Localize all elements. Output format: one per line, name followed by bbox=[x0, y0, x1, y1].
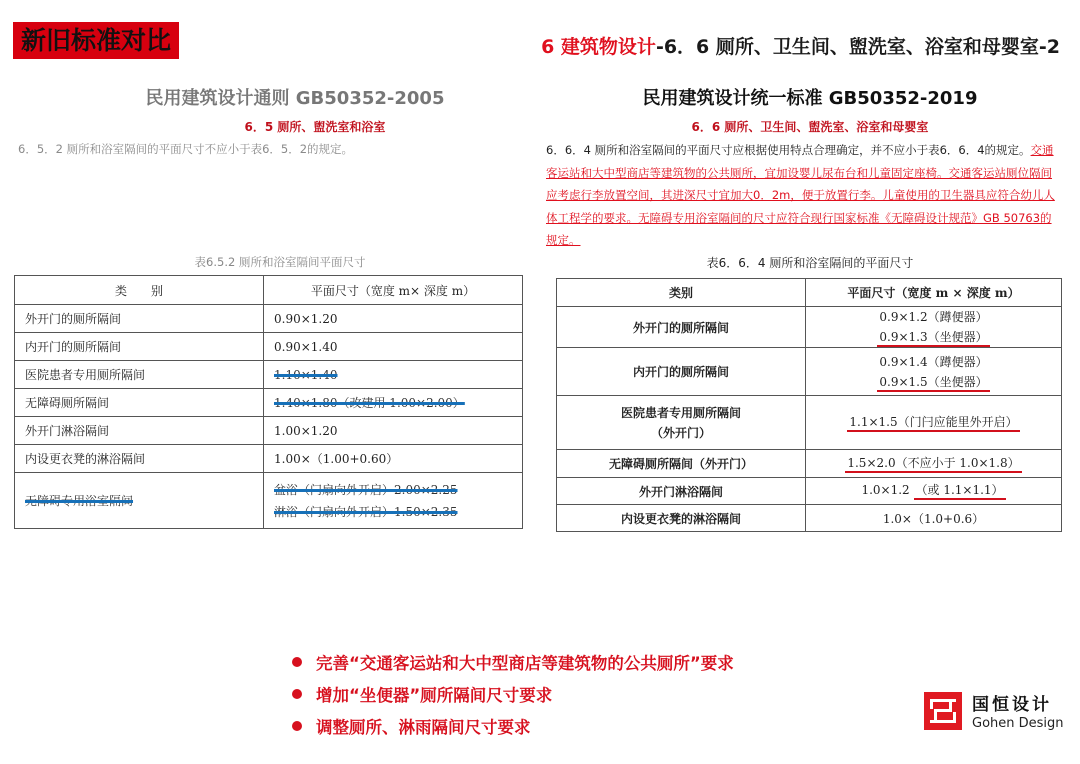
company-logo: 国恒设计 Gohen Design bbox=[924, 690, 1064, 731]
size-cell: 0.9×1.4（蹲便器） 0.9×1.5（坐便器） bbox=[806, 348, 1062, 396]
category-line: 医院患者专用厕所隔间 bbox=[563, 403, 799, 423]
table-row: 无障碍厕所隔间 1.40×1.80（改建用 1.00×2.00） bbox=[15, 389, 523, 417]
size-cell: 1.00×1.20 bbox=[264, 417, 523, 445]
summary-item-text: 增加“坐便器”厕所隔间尺寸要求 bbox=[316, 682, 552, 706]
category-cell: 内设更衣凳的淋浴隔间 bbox=[557, 505, 806, 532]
category-cell: 内设更衣凳的淋浴隔间 bbox=[15, 445, 264, 473]
table-row: 内设更衣凳的淋浴隔间 1.0×（1.0+0.6） bbox=[557, 505, 1062, 532]
category-cell: 外开门的厕所隔间 bbox=[15, 305, 264, 333]
table-row: 内设更衣凳的淋浴隔间 1.00×（1.00+0.60） bbox=[15, 445, 523, 473]
size-line-underlined: 0.9×1.3（坐便器） bbox=[877, 329, 989, 347]
category-cell: 外开门淋浴隔间 bbox=[15, 417, 264, 445]
size-underlined: （或 1.1×1.1） bbox=[914, 482, 1006, 500]
size-line: 0.9×1.2（蹲便器） bbox=[812, 307, 1055, 327]
category-line: （外开门） bbox=[563, 423, 799, 443]
category-cell: 无障碍厕所隔间 bbox=[15, 389, 264, 417]
table-row: 内开门的厕所隔间 0.9×1.4（蹲便器） 0.9×1.5（坐便器） bbox=[557, 348, 1062, 396]
size-cell: 1.0×（1.0+0.6） bbox=[806, 505, 1062, 532]
bullet-dot-icon bbox=[292, 657, 302, 667]
category-cell: 外开门的厕所隔间 bbox=[557, 307, 806, 348]
table-row: 医院患者专用厕所隔间 （外开门） 1.1×1.5（门闩应能里外开启） bbox=[557, 396, 1062, 450]
table-row: 无障碍专用浴室隔间 盆浴（门扇向外开启）2.00×2.25 淋浴（门扇向外开启）… bbox=[15, 473, 523, 529]
paragraph-highlight: 交通客运站和大中型商店等建筑物的公共厕所，宜加设婴儿尿布台和儿童固定座椅。交通客… bbox=[546, 143, 1055, 247]
summary-item: 增加“坐便器”厕所隔间尺寸要求 bbox=[292, 678, 734, 710]
size-cell-struck: 1.10×1.40 bbox=[264, 361, 523, 389]
old-standard-title: 民用建筑设计通则 GB50352-2005 bbox=[0, 84, 540, 110]
struck-value: 1.10×1.40 bbox=[274, 368, 338, 382]
struck-value: 盆浴（门扇向外开启）2.00×2.25 bbox=[274, 483, 458, 497]
old-standard-table: 类 别 平面尺寸（宽度 m× 深度 m） 外开门的厕所隔间 0.90×1.20 … bbox=[14, 275, 523, 529]
column-header-size: 平面尺寸（宽度 m × 深度 m） bbox=[806, 279, 1062, 307]
table-row: 内开门的厕所隔间 0.90×1.40 bbox=[15, 333, 523, 361]
bullet-dot-icon bbox=[292, 721, 302, 731]
size-cell: 1.0×1.2 （或 1.1×1.1） bbox=[806, 478, 1062, 505]
page-title-section: -6．6 厕所、卫生间、盥洗室、浴室和母婴室-2 bbox=[656, 36, 1060, 58]
size-cell: 1.1×1.5（门闩应能里外开启） bbox=[806, 396, 1062, 450]
logo-name-cn: 国恒设计 bbox=[972, 690, 1064, 715]
table-row: 医院患者专用厕所隔间 1.10×1.40 bbox=[15, 361, 523, 389]
size-plain: 1.0×1.2 bbox=[861, 483, 909, 497]
category-cell: 内开门的厕所隔间 bbox=[15, 333, 264, 361]
column-header-category: 类别 bbox=[557, 279, 806, 307]
table-row: 无障碍厕所隔间（外开门） 1.5×2.0（不应小于 1.0×1.8） bbox=[557, 450, 1062, 478]
logo-mark-icon bbox=[924, 692, 962, 730]
size-cell: 1.5×2.0（不应小于 1.0×1.8） bbox=[806, 450, 1062, 478]
table-row: 外开门的厕所隔间 0.90×1.20 bbox=[15, 305, 523, 333]
size-cell: 0.9×1.2（蹲便器） 0.9×1.3（坐便器） bbox=[806, 307, 1062, 348]
category-cell: 外开门淋浴隔间 bbox=[557, 478, 806, 505]
old-table-caption: 表6.5.2 厕所和浴室隔间平面尺寸 bbox=[0, 254, 540, 270]
page-title-chapter: 6 建筑物设计 bbox=[541, 36, 656, 58]
new-standard-section: 6．6 厕所、卫生间、盥洗室、浴室和母婴室 bbox=[540, 118, 1080, 135]
table-header-row: 类 别 平面尺寸（宽度 m× 深度 m） bbox=[15, 276, 523, 305]
category-cell: 无障碍厕所隔间（外开门） bbox=[557, 450, 806, 478]
summary-item-text: 调整厕所、淋雨隔间尺寸要求 bbox=[316, 714, 531, 738]
old-standard-section: 6．5 厕所、盥洗室和浴室 bbox=[0, 118, 540, 135]
category-cell: 内开门的厕所隔间 bbox=[557, 348, 806, 396]
new-standard-table: 类别 平面尺寸（宽度 m × 深度 m） 外开门的厕所隔间 0.9×1.2（蹲便… bbox=[556, 278, 1062, 532]
summary-item: 调整厕所、淋雨隔间尺寸要求 bbox=[292, 710, 734, 742]
bullet-dot-icon bbox=[292, 689, 302, 699]
struck-value: 1.40×1.80（改建用 1.00×2.00） bbox=[274, 396, 465, 410]
summary-item: 完善“交通客运站和大中型商店等建筑物的公共厕所”要求 bbox=[292, 646, 734, 678]
new-standard-title: 民用建筑设计统一标准 GB50352-2019 bbox=[540, 84, 1080, 110]
size-line-underlined: 0.9×1.5（坐便器） bbox=[877, 374, 989, 392]
struck-value: 无障碍专用浴室隔间 bbox=[25, 494, 133, 508]
column-header-category: 类 别 bbox=[15, 276, 264, 305]
summary-list: 完善“交通客运站和大中型商店等建筑物的公共厕所”要求 增加“坐便器”厕所隔间尺寸… bbox=[292, 646, 734, 742]
size-cell-struck: 1.40×1.80（改建用 1.00×2.00） bbox=[264, 389, 523, 417]
logo-name-en: Gohen Design bbox=[972, 716, 1064, 731]
table-header-row: 类别 平面尺寸（宽度 m × 深度 m） bbox=[557, 279, 1062, 307]
table-row: 外开门淋浴隔间 1.0×1.2 （或 1.1×1.1） bbox=[557, 478, 1062, 505]
old-standard-paragraph: 6．5．2 厕所和浴室隔间的平面尺寸不应小于表6．5．2的规定。 bbox=[18, 141, 353, 157]
size-underlined: 1.5×2.0（不应小于 1.0×1.8） bbox=[845, 455, 1021, 473]
size-line: 0.9×1.4（蹲便器） bbox=[812, 352, 1055, 372]
category-cell: 医院患者专用厕所隔间 bbox=[15, 361, 264, 389]
summary-item-text: 完善“交通客运站和大中型商店等建筑物的公共厕所”要求 bbox=[316, 650, 734, 674]
category-cell-struck: 无障碍专用浴室隔间 bbox=[15, 473, 264, 529]
size-cell: 0.90×1.40 bbox=[264, 333, 523, 361]
size-cell-struck: 盆浴（门扇向外开启）2.00×2.25 淋浴（门扇向外开启）1.50×2.35 bbox=[264, 473, 523, 529]
new-table-caption: 表6．6．4 厕所和浴室隔间的平面尺寸 bbox=[540, 254, 1080, 271]
category-cell: 医院患者专用厕所隔间 （外开门） bbox=[557, 396, 806, 450]
comparison-badge: 新旧标准对比 bbox=[13, 22, 179, 59]
size-underlined: 1.1×1.5（门闩应能里外开启） bbox=[847, 414, 1019, 432]
table-row: 外开门淋浴隔间 1.00×1.20 bbox=[15, 417, 523, 445]
new-standard-paragraph: 6．6．4 厕所和浴室隔间的平面尺寸应根据使用特点合理确定，并不应小于表6．6．… bbox=[546, 139, 1062, 252]
struck-value: 淋浴（门扇向外开启）1.50×2.35 bbox=[274, 505, 458, 519]
paragraph-plain: 6．6．4 厕所和浴室隔间的平面尺寸应根据使用特点合理确定，并不应小于表6．6．… bbox=[546, 143, 1031, 157]
column-header-size: 平面尺寸（宽度 m× 深度 m） bbox=[264, 276, 523, 305]
size-cell: 1.00×（1.00+0.60） bbox=[264, 445, 523, 473]
size-cell: 0.90×1.20 bbox=[264, 305, 523, 333]
page-title: 6 建筑物设计-6．6 厕所、卫生间、盥洗室、浴室和母婴室-2 bbox=[541, 32, 1060, 59]
table-row: 外开门的厕所隔间 0.9×1.2（蹲便器） 0.9×1.3（坐便器） bbox=[557, 307, 1062, 348]
